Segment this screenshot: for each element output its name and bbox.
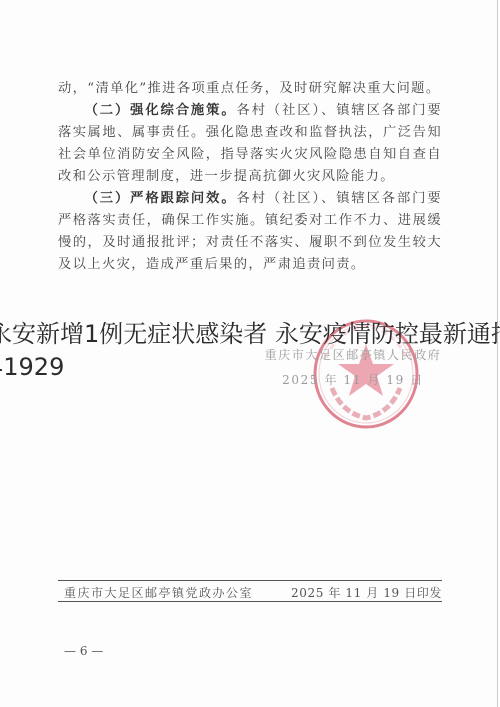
document-body: 动，“清单化”推进各项重点任务，及时研究解决重大问题。 （二）强化综合施策。各村…	[58, 78, 442, 276]
paragraph-continuation: 动，“清单化”推进各项重点任务，及时研究解决重大问题。	[58, 78, 442, 100]
paragraph-heading: （二）强化综合施策。	[85, 103, 237, 118]
colophon: 重庆市大足区邮亭镇党政办公室 2025 年 11 月 19 日印发	[58, 580, 442, 602]
paragraph-strengthen-measures: （二）强化综合施策。各村（社区）、镇辖区各部门要落实属地、属事责任。强化隐患查改…	[58, 100, 442, 188]
page-number: — 6 —	[64, 644, 103, 658]
colophon-issue-date: 2025 年 11 月 19 日印发	[291, 584, 442, 601]
paragraph-text: 动，“清单化”推进各项重点任务，及时研究解决重大问题。	[58, 81, 440, 96]
paragraph-heading: （三）严格跟踪问效。	[85, 191, 237, 206]
colophon-issuer: 重庆市大足区邮亭镇党政办公室	[64, 584, 253, 601]
overlay-title: 永安新增1例无症状感染者 永安疫情防控最新通报_41929	[0, 318, 500, 384]
paragraph-accountability: （三）严格跟踪问效。各村（社区）、镇辖区各部门要严格落实责任，确保工作实施。镇纪…	[58, 188, 442, 276]
